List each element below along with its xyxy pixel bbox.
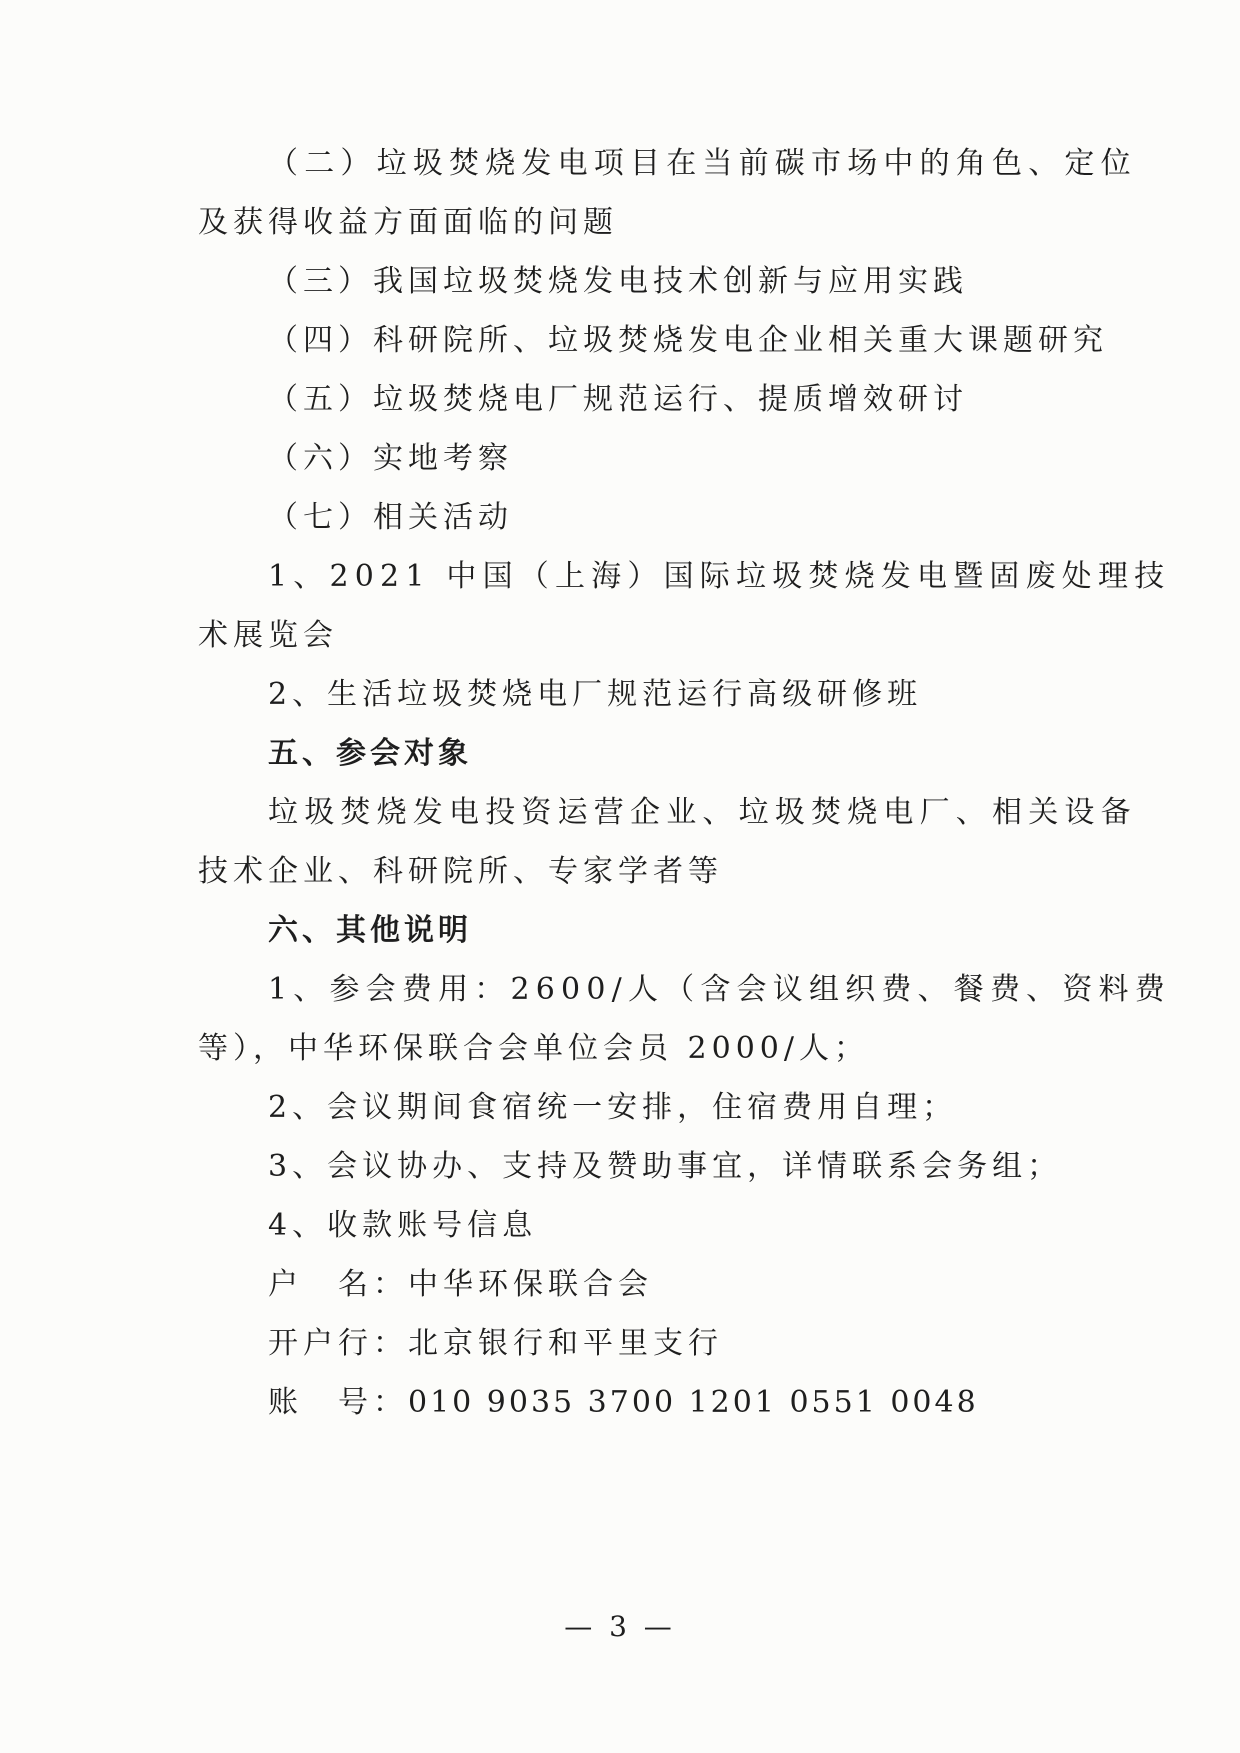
document-page: （二）垃圾焚烧发电项目在当前碳市场中的角色、定位 及获得收益方面面临的问题 （三…	[0, 0, 1240, 1753]
section-5-body-line-2: 技术企业、科研院所、专家学者等	[198, 854, 723, 890]
item-3: （三）我国垃圾焚烧发电技术创新与应用实践	[268, 264, 968, 300]
activity-1-line-1: 1、2021 中国（上海）国际垃圾焚烧发电暨固废处理技	[268, 559, 1170, 595]
section-5-heading: 五、参会对象	[268, 736, 472, 772]
account-bank-label: 开户行：	[268, 1326, 408, 1361]
note-4: 4、收款账号信息	[268, 1208, 537, 1244]
note-1-line-2: 等），中华环保联合会单位会员 2000/人；	[198, 1031, 869, 1067]
account-bank-row: 开户行：北京银行和平里支行	[268, 1326, 723, 1362]
activity-1-line-2: 术展览会	[198, 618, 338, 654]
note-3: 3、会议协办、支持及赞助事宜，详情联系会务组；	[268, 1149, 1062, 1185]
item-2-line-1: （二）垃圾焚烧发电项目在当前碳市场中的角色、定位	[268, 146, 1137, 182]
item-6: （六）实地考察	[268, 441, 513, 477]
note-2: 2、会议期间食宿统一安排，住宿费用自理；	[268, 1090, 957, 1126]
section-6-heading: 六、其他说明	[268, 913, 472, 949]
account-name-row: 户 名：中华环保联合会	[268, 1267, 653, 1303]
account-number-label: 账 号：	[268, 1385, 408, 1420]
item-5: （五）垃圾焚烧电厂规范运行、提质增效研讨	[268, 382, 968, 418]
activity-2: 2、生活垃圾焚烧电厂规范运行高级研修班	[268, 677, 922, 713]
item-7: （七）相关活动	[268, 500, 513, 536]
account-bank-value: 北京银行和平里支行	[408, 1326, 723, 1361]
account-number-row: 账 号：010 9035 3700 1201 0551 0048	[268, 1385, 979, 1421]
account-number-value: 010 9035 3700 1201 0551 0048	[408, 1385, 979, 1420]
account-name-label: 户 名：	[268, 1267, 408, 1302]
page-number: — 3 —	[0, 1610, 1240, 1643]
item-2-line-2: 及获得收益方面面临的问题	[198, 205, 618, 241]
item-4: （四）科研院所、垃圾焚烧发电企业相关重大课题研究	[268, 323, 1108, 359]
account-name-value: 中华环保联合会	[408, 1267, 653, 1302]
note-1-line-1: 1、参会费用：2600/人（含会议组织费、餐费、资料费	[268, 972, 1171, 1008]
section-5-body-line-1: 垃圾焚烧发电投资运营企业、垃圾焚烧电厂、相关设备	[268, 795, 1137, 831]
